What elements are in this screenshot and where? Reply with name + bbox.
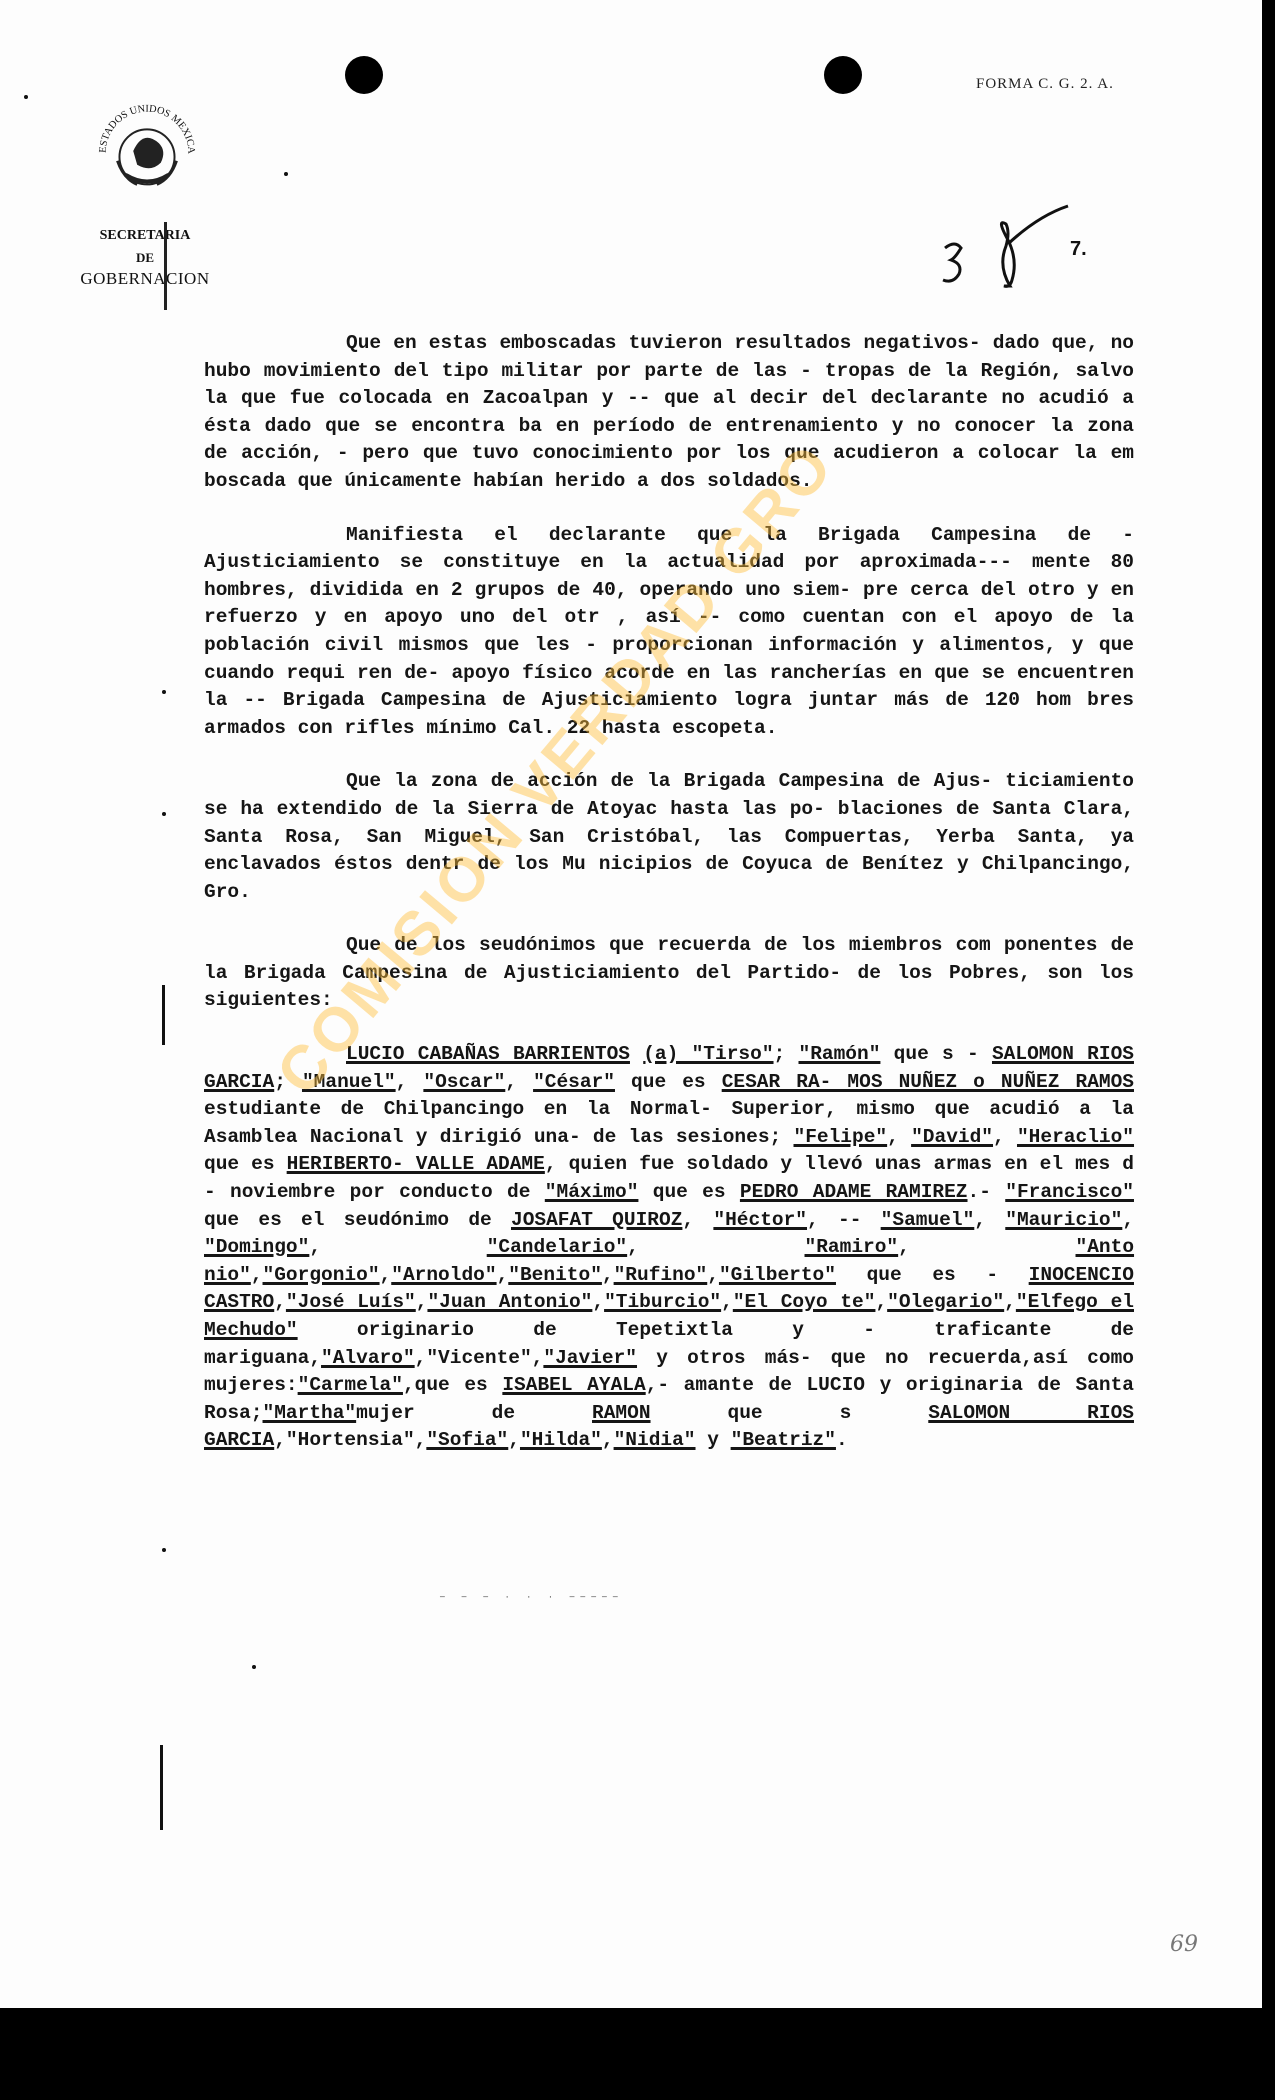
agency-line-secretaria: SECRETARIA	[60, 228, 230, 244]
text-run: ,	[396, 1071, 424, 1093]
margin-stroke	[164, 222, 167, 310]
underlined-name: "Ramiro"	[805, 1236, 899, 1258]
agency-line-de: DE	[60, 250, 230, 266]
underlined-name: HERIBERTO- VALLE ADAME	[287, 1153, 545, 1175]
underlined-name: "Javier"	[543, 1347, 637, 1369]
text-run: ,	[974, 1209, 1005, 1231]
text-run: que es -	[836, 1264, 1029, 1286]
underlined-name: "Héctor"	[713, 1209, 807, 1231]
underlined-name: "César"	[533, 1071, 615, 1093]
underlined-name: (a) "Tirso"	[643, 1043, 773, 1065]
text-run: que s -	[880, 1043, 992, 1065]
underlined-name: "Beatriz"	[731, 1429, 836, 1451]
text-run: ,	[505, 1071, 533, 1093]
underlined-name: "Gorgonio"	[263, 1264, 380, 1286]
punch-hole-left	[345, 56, 383, 94]
underlined-name: "Mauricio"	[1005, 1209, 1122, 1231]
underlined-name: "Sofia"	[426, 1429, 508, 1451]
underlined-name: "Juan Antonio"	[427, 1291, 592, 1313]
text-run: ,"Vicente",	[415, 1347, 544, 1369]
text-run: que s	[651, 1402, 929, 1424]
underlined-name: "José Luís"	[286, 1291, 416, 1313]
text-run: ,	[380, 1264, 392, 1286]
underlined-name: LUCIO CABAÑAS BARRIENTOS	[346, 1043, 630, 1065]
text-run: ,que es	[403, 1374, 502, 1396]
underlined-name: "Rufino"	[614, 1264, 708, 1286]
punch-hole-right	[824, 56, 862, 94]
underlined-name: "Candelario"	[487, 1236, 627, 1258]
speck	[252, 1665, 256, 1669]
text-run: ,	[1004, 1291, 1016, 1313]
footer-marks: — — — · · · —————	[440, 1593, 624, 1602]
underlined-name: "Olegario"	[887, 1291, 1004, 1313]
text-run: ,	[707, 1264, 719, 1286]
underlined-name: "Arnoldo"	[391, 1264, 496, 1286]
paragraph-zone-of-action: Que la zona de acción de la Brigada Camp…	[204, 768, 1134, 906]
agency-block: SECRETARIA DE GOBERNACION	[60, 228, 230, 289]
paragraph-brigade-composition: Manifiesta el declarante que la Brigada …	[204, 522, 1134, 743]
speck	[162, 690, 166, 694]
text-run: .	[836, 1429, 848, 1451]
paragraph-pseudonyms-list: LUCIO CABAÑAS BARRIENTOS (a) "Tirso"; "R…	[204, 1041, 1134, 1455]
underlined-name: "Oscar"	[423, 1071, 505, 1093]
underlined-name: "Benito"	[508, 1264, 602, 1286]
paragraph-ambush: Que en estas emboscadas tuvieron resulta…	[204, 330, 1134, 496]
text-run: ,	[251, 1264, 263, 1286]
text-run: que es el seudónimo de	[204, 1209, 511, 1231]
handwritten-note: 69	[1170, 1932, 1198, 1957]
text-run: ,	[309, 1236, 486, 1258]
underlined-name: PEDRO ADAME RAMIREZ	[740, 1181, 968, 1203]
underlined-name: "Francisco"	[1005, 1181, 1134, 1203]
underlined-name: "Martha"	[263, 1402, 357, 1424]
underlined-name: "Carmela"	[298, 1374, 403, 1396]
text-run: ;	[774, 1043, 799, 1065]
text-run: ,	[602, 1429, 614, 1451]
text-run: ,	[1122, 1209, 1134, 1231]
text-run: ,	[602, 1264, 614, 1286]
text-run: ,	[274, 1291, 286, 1313]
underlined-name: RAMON	[592, 1402, 651, 1424]
text-run: ,	[682, 1209, 713, 1231]
form-code: FORMA C. G. 2. A.	[976, 76, 1114, 93]
text-run: ,"Hortensia",	[274, 1429, 426, 1451]
text-run: ;	[274, 1071, 302, 1093]
underlined-name: "Ramón"	[799, 1043, 881, 1065]
underlined-name: "Manuel"	[302, 1071, 396, 1093]
underlined-name: "Hilda"	[520, 1429, 602, 1451]
underlined-name: "Heraclio"	[1017, 1126, 1134, 1148]
text-run: , --	[807, 1209, 881, 1231]
text-run: ,	[993, 1126, 1017, 1148]
underlined-name: "Alvaro"	[321, 1347, 415, 1369]
speck	[284, 172, 288, 176]
speck	[162, 1548, 166, 1552]
underlined-name: ISABEL AYALA	[502, 1374, 645, 1396]
paragraph-pseudonyms-intro: Que de los seudónimos que recuerda de lo…	[204, 932, 1134, 1015]
text-run: ,	[627, 1236, 804, 1258]
text-run: .-	[968, 1181, 1006, 1203]
coat-of-arms-seal-icon: ESTADOS UNIDOS MEXICANOS	[88, 92, 206, 210]
agency-line-gobernacion: GOBERNACION	[60, 269, 230, 289]
underlined-name: "Nidia"	[614, 1429, 696, 1451]
text-run: ,	[898, 1236, 1075, 1258]
underlined-name: "Domingo"	[204, 1236, 309, 1258]
underlined-name: "Máximo"	[545, 1181, 639, 1203]
underlined-name: "Gilberto"	[719, 1264, 836, 1286]
document-body: Que en estas emboscadas tuvieron resulta…	[204, 330, 1134, 1481]
text-run: mujer de	[356, 1402, 592, 1424]
text-run: ,	[887, 1126, 911, 1148]
speck	[24, 95, 28, 99]
page-number: 7.	[1070, 238, 1087, 261]
text-run: ,	[592, 1291, 604, 1313]
margin-mark	[162, 985, 165, 1045]
document-page: FORMA C. G. 2. A. ESTADOS UNIDOS MEXICAN…	[0, 0, 1262, 2008]
text-run: que es	[638, 1181, 740, 1203]
text-run: y	[696, 1429, 731, 1451]
underlined-name: "El Coyo te"	[733, 1291, 876, 1313]
text-run: ,	[875, 1291, 887, 1313]
speck	[162, 812, 166, 816]
text-run: que es	[615, 1071, 722, 1093]
text-run: ,	[721, 1291, 733, 1313]
underlined-name: "Felipe"	[794, 1126, 888, 1148]
margin-mark	[160, 1745, 163, 1830]
text-run: que es	[204, 1153, 287, 1175]
underlined-name: JOSAFAT QUIROZ	[511, 1209, 682, 1231]
underlined-name: "Samuel"	[881, 1209, 975, 1231]
text-run: ,	[508, 1429, 520, 1451]
underlined-name: "Tiburcio"	[604, 1291, 721, 1313]
underlined-name: CESAR RA- MOS NUÑEZ o NUÑEZ RAMOS	[722, 1071, 1134, 1093]
text-run: ,	[497, 1264, 509, 1286]
text-run: ,	[416, 1291, 428, 1313]
text-run	[630, 1043, 643, 1065]
underlined-name: "David"	[911, 1126, 993, 1148]
